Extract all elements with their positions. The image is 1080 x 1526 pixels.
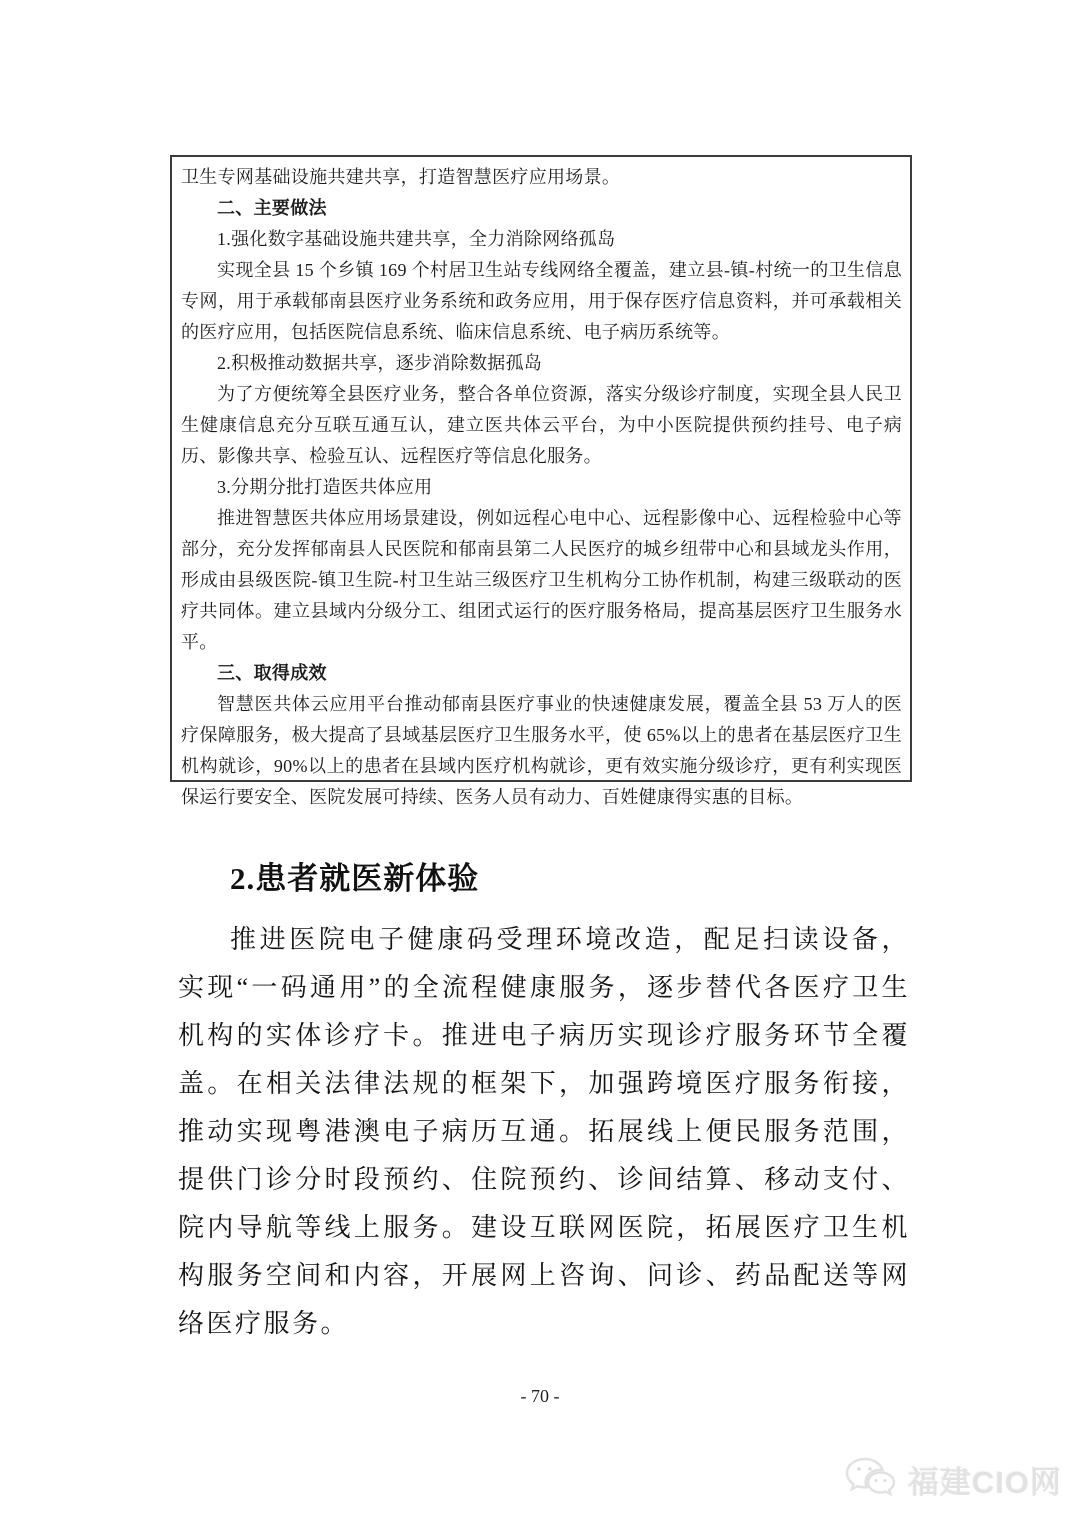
case-box-paragraph-1: 实现全县 15 个乡镇 169 个村居卫生站专线网络全覆盖，建立县-镇-村统一的… bbox=[181, 255, 902, 348]
wechat-logo-icon bbox=[844, 1456, 902, 1502]
case-box-paragraph-3: 推进智慧医共体应用场景建设，例如远程心电中心、远程影像中心、远程检验中心等部分，… bbox=[181, 503, 902, 658]
case-box-heading-methods: 二、主要做法 bbox=[181, 193, 902, 224]
case-study-box: 卫生专网基础设施共建共享，打造智慧医疗应用场景。 二、主要做法 1.强化数字基础… bbox=[170, 155, 912, 782]
section-body-paragraph: 推进医院电子健康码受理环境改造，配足扫读设备，实现“一码通用”的全流程健康服务，… bbox=[178, 916, 910, 1348]
case-box-subheading-3: 3.分期分批打造医共体应用 bbox=[181, 472, 902, 503]
document-page: 卫生专网基础设施共建共享，打造智慧医疗应用场景。 二、主要做法 1.强化数字基础… bbox=[0, 0, 1080, 1526]
case-box-subheading-2: 2.积极推动数据共享，逐步消除数据孤岛 bbox=[181, 348, 902, 379]
section-title: 2.患者就医新体验 bbox=[230, 853, 479, 898]
page-number: - 70 - bbox=[0, 1386, 1080, 1407]
case-box-continuation-line: 卫生专网基础设施共建共享，打造智慧医疗应用场景。 bbox=[181, 162, 902, 193]
case-box-paragraph-2: 为了方便统筹全县医疗业务，整合各单位资源，落实分级诊疗制度，实现全县人民卫生健康… bbox=[181, 379, 902, 472]
case-box-subheading-1: 1.强化数字基础设施共建共享，全力消除网络孤岛 bbox=[181, 224, 902, 255]
watermark-text: 福建CIO网 bbox=[908, 1457, 1062, 1502]
case-box-heading-results: 三、取得成效 bbox=[181, 658, 902, 689]
case-box-paragraph-4: 智慧医共体云应用平台推动郁南县医疗事业的快速健康发展，覆盖全县 53 万人的医疗… bbox=[181, 689, 902, 813]
watermark: 福建CIO网 bbox=[844, 1456, 1062, 1502]
